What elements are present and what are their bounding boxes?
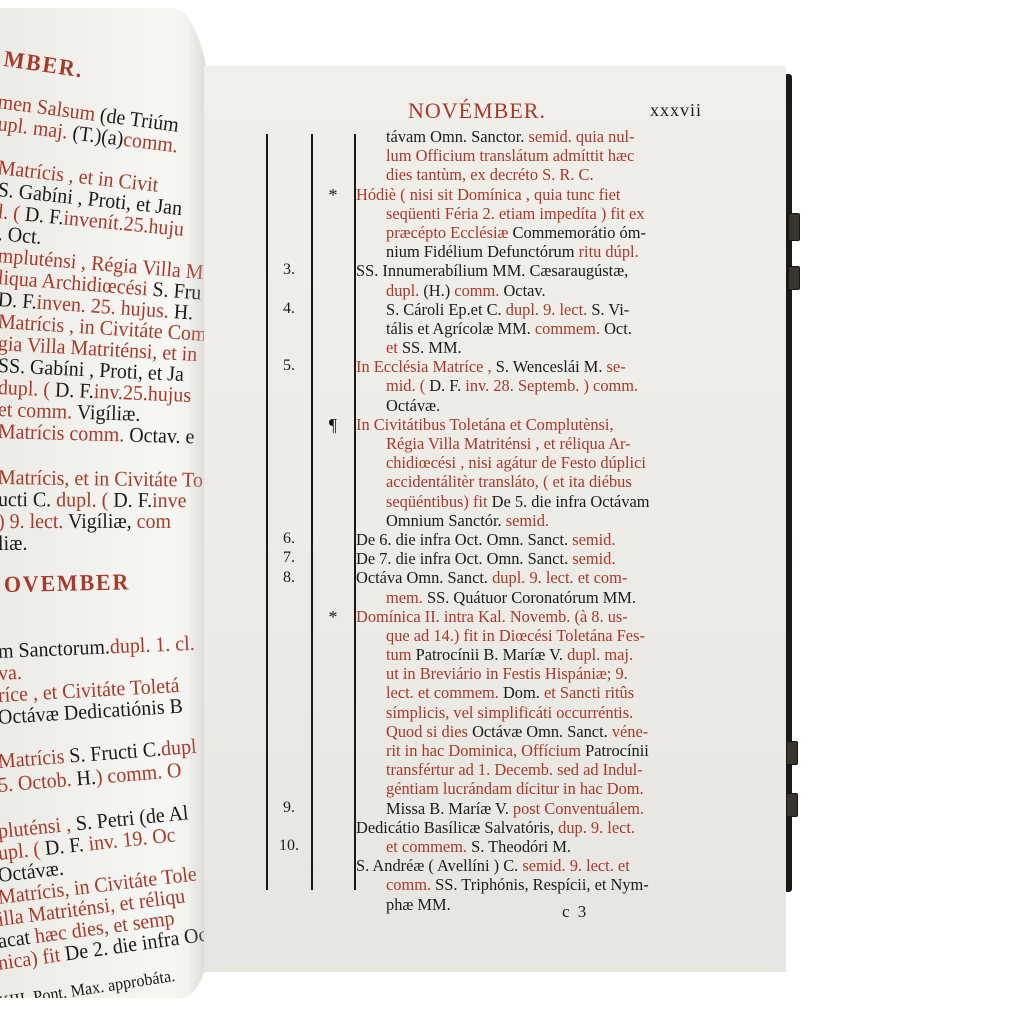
rubric-text: semid. xyxy=(572,549,615,568)
rubric-text: ) 9. lect. xyxy=(0,509,68,533)
text-line: géntiam lucrándam dícitur in hac Dom. xyxy=(356,779,711,798)
black-text: SS. MM. xyxy=(402,338,462,357)
text-line: ut in Breviário in Festis Hispániæ; 9. xyxy=(356,664,711,683)
text-line: Omnium Sanctór. semid. xyxy=(356,511,711,530)
rubric-text: mid. ( xyxy=(386,376,429,395)
black-text: De 7. die infra Oct. Omn. Sanct. xyxy=(356,549,572,568)
clasp-lower-lower-icon xyxy=(786,793,798,817)
text-line: seqüéntibus) fit De 5. die infra Octávam xyxy=(356,492,711,511)
rubric-text: Hódiè ( nisi sit Domínica , quia tunc fi… xyxy=(356,185,620,204)
rubric-text: MBER. xyxy=(2,46,85,82)
signature-mark: c 3 xyxy=(562,902,588,922)
day-number: 3. xyxy=(269,261,309,279)
black-text: D. F. xyxy=(429,376,465,395)
text-line: mem. SS. Quátuor Coronatórum MM. xyxy=(356,588,711,607)
black-text: Omnium Sanctór. xyxy=(386,511,506,530)
text-line: S. Andréæ ( Avellíni ) C. semid. 9. lect… xyxy=(356,856,711,875)
text-line: phæ MM. xyxy=(356,895,711,914)
text-line: tális et Agrícolæ MM. commem. Oct. xyxy=(356,319,711,338)
left-text-line: liæ. xyxy=(0,532,27,554)
clasp-upper-icon xyxy=(788,213,800,241)
black-text: Patrocínii B. Maríæ V. xyxy=(416,645,567,664)
text-line: Octávæ. xyxy=(356,396,711,415)
text-line: S. Cároli Ep.et C. dupl. 9. lect. S. Vi- xyxy=(356,300,711,319)
text-line: De 7. die infra Oct. Omn. Sanct. semid. xyxy=(356,549,711,568)
rubric-text: semid. 9. lect. et xyxy=(522,856,629,875)
text-line: távam Omn. Sanctor. semid. quia nul- xyxy=(356,127,711,146)
text-line: mid. ( D. F. inv. 28. Septemb. ) comm. xyxy=(356,376,711,395)
text-line: De 6. die infra Oct. Omn. Sanct. semid. xyxy=(356,530,711,549)
black-text: Patrocínii xyxy=(585,741,649,760)
asterisk-mark-icon: * xyxy=(313,607,353,628)
rubric-text: In Civitátibus Toletána et Complutènsi, xyxy=(356,415,614,434)
black-text: Octávæ. xyxy=(386,396,440,415)
left-text-line: m Sanctorum.dupl. 1. cl. xyxy=(0,632,195,662)
rubric-text: Quod si dies xyxy=(386,722,472,741)
black-text: Dom. xyxy=(503,683,544,702)
left-text-line: va. xyxy=(0,661,22,684)
rubric-text: comm. xyxy=(386,875,435,894)
black-text: Octáva Omn. Sanct. xyxy=(356,568,492,587)
rubric-text: ut in Breviário in Festis Hispániæ; 9. xyxy=(386,664,628,683)
text-line: et commem. S. Theodóri M. xyxy=(356,837,711,856)
rubric-text: comm. xyxy=(454,281,503,300)
rubric-text: dupl. 9. lect. xyxy=(506,300,592,319)
day-number: 5. xyxy=(269,357,309,375)
text-line: dupl. (H.) comm. Octav. xyxy=(356,281,711,300)
rubric-text: lum Officium translátum admíttit hæc xyxy=(386,146,634,165)
black-text: tális et Agrícolæ MM. xyxy=(386,319,535,338)
day-number: 10. xyxy=(269,837,309,855)
rubric-text: In Ecclésia Matríce , xyxy=(356,357,496,376)
text-line: transfértur ad 1. Decemb. sed ad Indul- xyxy=(356,760,711,779)
asterisk-mark-icon: * xyxy=(313,185,353,206)
text-line: tum Patrocínii B. Maríæ V. dupl. maj. xyxy=(356,645,711,664)
left-running-head: MBER. xyxy=(2,48,85,81)
rubric-text: véne- xyxy=(612,722,648,741)
text-line: seqüenti Féria 2. etiam impedíta ) fit e… xyxy=(356,204,711,223)
rubric-text: dies tantùm, ex decréto S. R. C. xyxy=(386,165,594,184)
black-text: (H.) xyxy=(423,281,454,300)
text-line: In Ecclésia Matríce , S. Wenceslái M. se… xyxy=(356,357,711,376)
text-line: comm. SS. Triphónis, Respícii, et Nym- xyxy=(356,875,711,894)
clasp-upper-lower-icon xyxy=(788,266,800,290)
text-line: símplicis, vel simplificáti occurréntis. xyxy=(356,703,711,722)
black-text: távam Omn. Sanctor. xyxy=(386,127,528,146)
text-line: præcépto Ecclésiæ Commemorátio óm- xyxy=(356,223,711,242)
left-text-line: ) 9. lect. Vigíliæ, com xyxy=(0,510,171,532)
rubric-text: OVEMBER xyxy=(4,569,131,597)
rubric-text: lect. et commem. xyxy=(386,683,503,702)
rubric-text: semid. xyxy=(506,511,549,530)
folio-number: xxxvii xyxy=(650,100,702,121)
rubric-text: ritu dúpl. xyxy=(579,242,639,261)
black-text: S. Cároli Ep.et C. xyxy=(386,300,506,319)
black-text: liæ. xyxy=(0,531,27,555)
black-text: D. F. xyxy=(44,832,90,860)
text-line: Domínica II. intra Kal. Novemb. (à 8. us… xyxy=(356,607,711,626)
black-text: Octávæ Omn. Sanct. xyxy=(472,722,612,741)
day-number: 6. xyxy=(269,530,309,548)
black-text: SS. Innumerabílium MM. Cæsaraugústæ, xyxy=(356,261,628,280)
rubric-text: símplicis, vel simplificáti occurréntis. xyxy=(386,703,633,722)
text-line: chidiœcési , nisi agátur de Festo dúplic… xyxy=(356,453,711,472)
rubric-text: mem. xyxy=(386,588,427,607)
black-text: Octav. xyxy=(503,281,545,300)
left-text-line: Matrícis comm. Octav. e xyxy=(0,420,195,447)
rubric-text: Régia Villa Matriténsi , et réliqua Ar- xyxy=(386,434,631,453)
text-line: nium Fidélium Defunctórum ritu dúpl. xyxy=(356,242,711,261)
column-rule-middle xyxy=(311,134,313,890)
rubric-text: géntiam lucrándam dícitur in hac Dom. xyxy=(386,779,644,798)
rubric-text: tum xyxy=(386,645,416,664)
text-line: Quod si dies Octávæ Omn. Sanct. véne- xyxy=(356,722,711,741)
day-number: 4. xyxy=(269,300,309,318)
black-text: Octav. e xyxy=(129,423,195,449)
column-rule-left xyxy=(266,134,268,890)
day-number: 9. xyxy=(269,799,309,817)
black-text: ucti C. xyxy=(0,487,56,511)
rubric-text: rit in hac Dominica, Offícium xyxy=(386,741,585,760)
black-text: (T.)(a) xyxy=(71,120,125,150)
black-text: SS. Quátuor Coronatórum MM. xyxy=(427,588,636,607)
text-line: rit in hac Dominica, Offícium Patrocínii xyxy=(356,741,711,760)
text-line: accidentálitèr transláto, ( et ita diébu… xyxy=(356,472,711,491)
black-text: Missa B. Maríæ V. xyxy=(386,799,513,818)
rubric-text: Matrícis comm. xyxy=(0,419,130,447)
rubric-text: se- xyxy=(607,357,626,376)
text-line: dies tantùm, ex decréto S. R. C. xyxy=(356,165,711,184)
rubric-text: et xyxy=(386,338,402,357)
rubric-text: dupl. 1. cl. xyxy=(109,631,195,659)
rubric-text: dup. 9. lect. xyxy=(558,818,635,837)
text-line: Régia Villa Matriténsi , et réliqua Ar- xyxy=(356,434,711,453)
rubric-text: semid. xyxy=(572,530,615,549)
black-text: S. Vi- xyxy=(591,300,629,319)
rubric-text: dupl. xyxy=(386,281,423,300)
text-line: Octáva Omn. Sanct. dupl. 9. lect. et com… xyxy=(356,568,711,587)
black-text: m Sanctorum. xyxy=(0,634,110,663)
text-line: lect. et commem. Dom. et Sancti ritûs xyxy=(356,683,711,702)
black-text: S. Andréæ ( Avellíni ) C. xyxy=(356,856,522,875)
rubric-text: semid. quia nul- xyxy=(528,127,634,146)
text-line: Dedicátio Basílicæ Salvatóris, dup. 9. l… xyxy=(356,818,711,837)
text-line: lum Officium translátum admíttit hæc xyxy=(356,146,711,165)
text-line: Missa B. Maríæ V. post Conventuálem. xyxy=(356,799,711,818)
black-text: phæ MM. xyxy=(386,895,451,914)
text-line: SS. Innumerabílium MM. Cæsaraugústæ, xyxy=(356,261,711,280)
black-text: Commemorátio óm- xyxy=(513,223,646,242)
rubric-text: com xyxy=(137,509,171,533)
black-text: Oct. xyxy=(604,319,632,338)
black-text: S. Theodóri M. xyxy=(471,837,571,856)
pilcrow-mark-icon: ¶ xyxy=(313,415,353,436)
black-text: S. Wenceslái M. xyxy=(496,357,607,376)
rubric-text: chidiœcési , nisi agátur de Festo dúplic… xyxy=(386,453,646,472)
rubric-text: accidentálitèr transláto, ( et ita diébu… xyxy=(386,472,632,491)
rubric-text: transfértur ad 1. Decemb. sed ad Indul- xyxy=(386,760,643,779)
black-text: nium Fidélium Defunctórum xyxy=(386,242,579,261)
rubric-text: que ad 14.) fit in Diœcési Toletána Fes- xyxy=(386,626,645,645)
left-running-head: OVEMBER xyxy=(4,571,131,596)
rubric-text: commem. xyxy=(535,319,604,338)
text-line: et SS. MM. xyxy=(356,338,711,357)
rubric-text: inv. 28. Septemb. ) comm. xyxy=(465,376,638,395)
rubric-text: post Conventuálem. xyxy=(513,799,644,818)
black-text: H. xyxy=(75,765,96,791)
rubric-text: seqüéntibus) fit xyxy=(386,492,492,511)
black-text: Dedicátio Basílicæ Salvatóris, xyxy=(356,818,558,837)
calendar-text-body: távam Omn. Sanctor. semid. quia nul-lum … xyxy=(356,127,711,914)
rubric-text: 5. Octob. xyxy=(0,766,77,796)
text-line: Hódiè ( nisi sit Domínica , quia tunc fi… xyxy=(356,185,711,204)
text-line: In Civitátibus Toletána et Complutènsi, xyxy=(356,415,711,434)
day-number: 7. xyxy=(269,549,309,567)
rubric-text: præcépto Ecclésiæ xyxy=(386,223,513,242)
rubric-text: dupl. maj. xyxy=(567,645,633,664)
rubric-text: Domínica II. intra Kal. Novemb. (à 8. us… xyxy=(356,607,628,626)
black-text: Vigíliæ, xyxy=(68,509,137,533)
rubric-text: seqüenti Féria 2. etiam impedíta ) fit e… xyxy=(386,204,645,223)
left-page: MBER.men Salsum (de Triúmupl. maj. (T.)(… xyxy=(0,8,212,998)
black-text: De 5. die infra Octávam xyxy=(492,492,650,511)
rubric-text: et commem. xyxy=(386,837,471,856)
rubric-text: et Sancti ritûs xyxy=(544,683,634,702)
black-text: B xyxy=(169,694,184,719)
day-number: 8. xyxy=(269,569,309,587)
rubric-text: dupl. 9. lect. et com- xyxy=(492,568,627,587)
running-head: NOVÉMBER. xyxy=(408,98,546,124)
black-text: SS. Triphónis, Respícii, et Nym- xyxy=(435,875,649,894)
clasp-lower-icon xyxy=(786,741,798,765)
left-text-line: ucti C. dupl. ( D. F.inve xyxy=(0,488,187,511)
text-line: que ad 14.) fit in Diœcési Toletána Fes- xyxy=(356,626,711,645)
black-text: De 6. die infra Oct. Omn. Sanct. xyxy=(356,530,572,549)
